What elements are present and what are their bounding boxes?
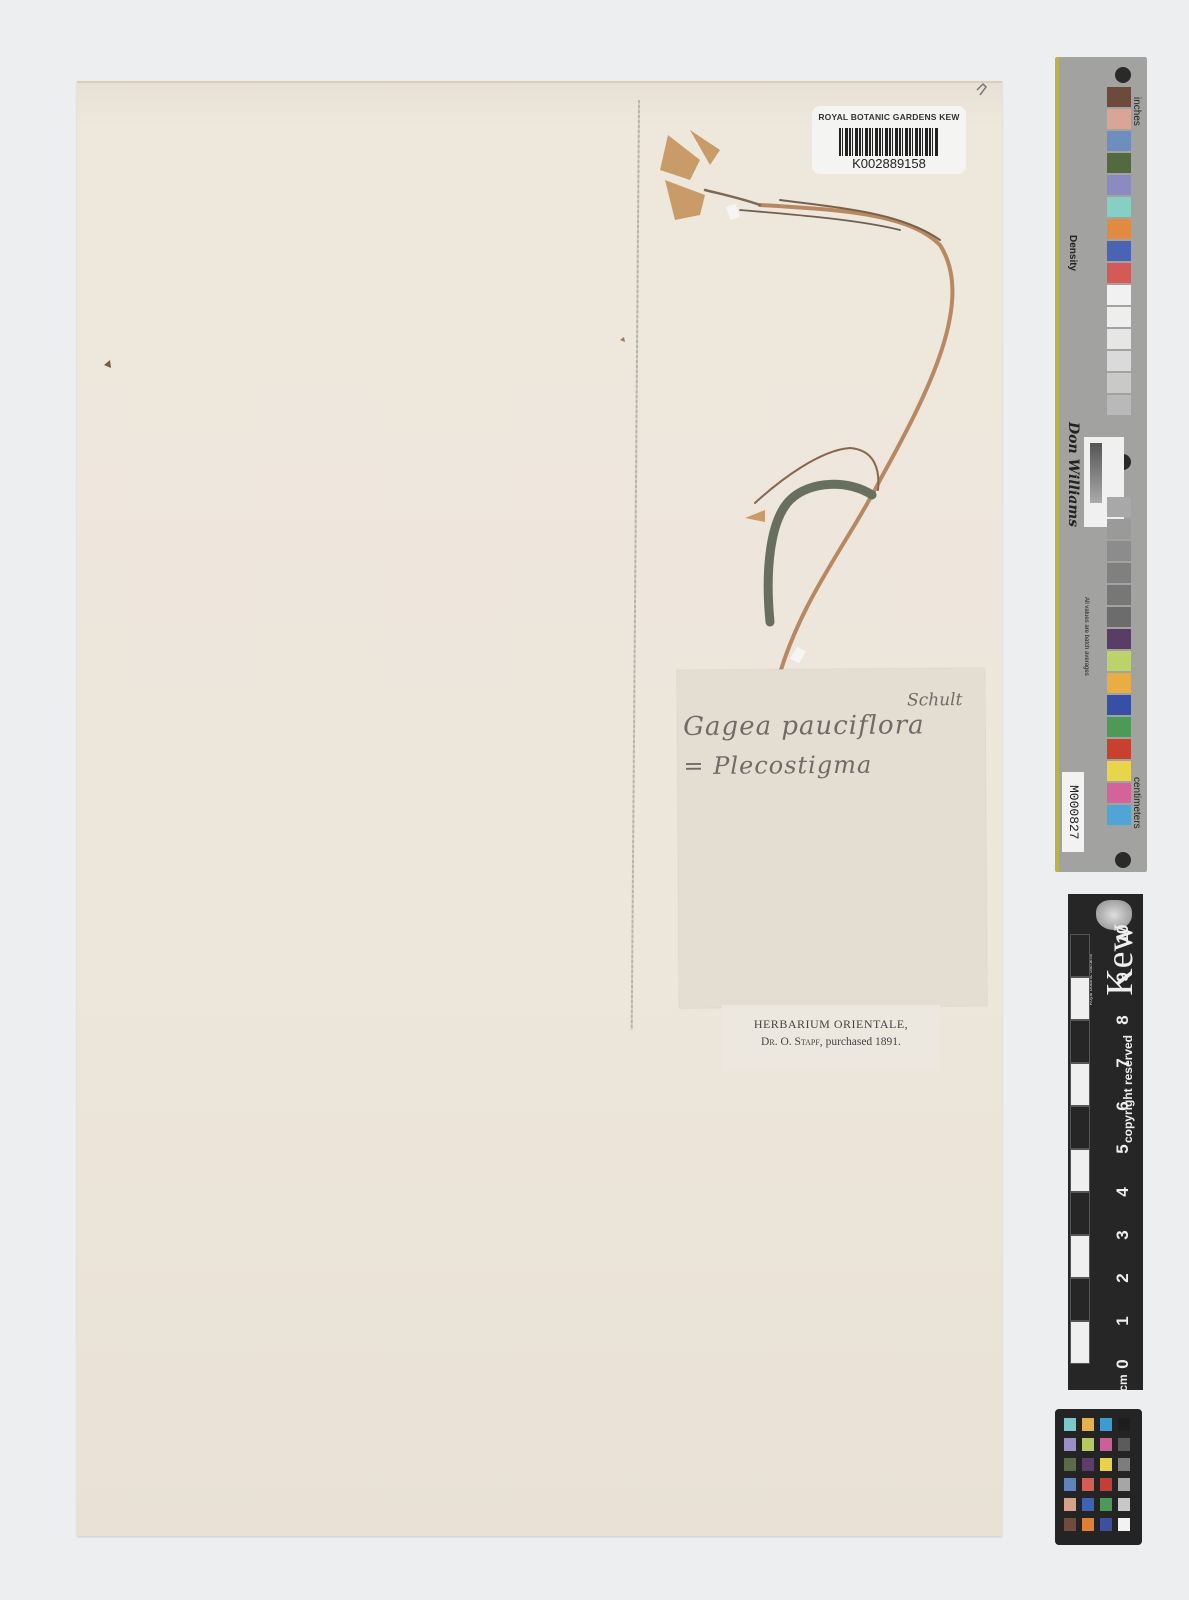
color-bar-id: M000827 [1062, 772, 1084, 852]
color-chip [1100, 1498, 1112, 1511]
barcode-label: ROYAL BOTANIC GARDENS KEW K002889158 [812, 106, 966, 174]
color-chip [1082, 1458, 1094, 1471]
color-swatch [1107, 497, 1131, 517]
color-swatch [1107, 607, 1131, 627]
color-swatch [1107, 175, 1131, 195]
color-chip [1118, 1498, 1130, 1511]
color-chip [1100, 1438, 1112, 1451]
scale-segment [1070, 1278, 1090, 1321]
scale-segment [1070, 1106, 1090, 1149]
color-chip [1118, 1458, 1130, 1471]
color-chip [1100, 1478, 1112, 1491]
color-swatch [1107, 585, 1131, 605]
density-label: Density [1067, 235, 1078, 271]
hole-icon [1115, 852, 1131, 868]
color-swatch [1107, 563, 1131, 583]
color-chip [1118, 1438, 1130, 1451]
color-swatch [1107, 241, 1131, 261]
color-swatch [1107, 805, 1131, 825]
color-swatch [1107, 307, 1131, 327]
color-chip [1064, 1478, 1076, 1491]
color-swatch [1107, 673, 1131, 693]
scale-segment [1070, 1020, 1090, 1063]
hole-icon [1115, 67, 1131, 83]
scale-segment [1070, 1063, 1090, 1106]
color-checker-card [1055, 1409, 1142, 1545]
color-chip [1118, 1478, 1130, 1491]
color-swatch [1107, 395, 1131, 415]
color-chip [1082, 1418, 1094, 1431]
color-chip [1064, 1498, 1076, 1511]
color-swatch [1107, 717, 1131, 737]
scale-segment [1070, 1321, 1090, 1364]
color-chip [1064, 1518, 1076, 1531]
cm-digit: 2 [1113, 1263, 1133, 1293]
scale-segment [1070, 1149, 1090, 1192]
centimeters-label: centimeters [1131, 777, 1142, 829]
institution-name: ROYAL BOTANIC GARDENS KEW [812, 112, 966, 122]
color-swatch [1107, 541, 1131, 561]
cm-digit: 4 [1113, 1177, 1133, 1207]
color-swatch [1107, 329, 1131, 349]
color-swatch [1107, 695, 1131, 715]
color-chip [1082, 1438, 1094, 1451]
scale-segment [1070, 977, 1090, 1020]
determination-label: Schult Gagea pauciflora = Plecostigma [677, 668, 987, 1008]
color-chip [1100, 1458, 1112, 1471]
color-swatch [1107, 739, 1131, 759]
cm-digit: 8 [1113, 1005, 1133, 1035]
color-swatch [1107, 87, 1131, 107]
color-swatch [1107, 285, 1131, 305]
cm-digit: 3 [1113, 1220, 1133, 1250]
synonym-handwriting: = Plecostigma [683, 751, 872, 780]
cm-digit: 9 [1113, 962, 1133, 992]
color-swatch [1107, 263, 1131, 283]
color-chip [1100, 1418, 1112, 1431]
color-swatch [1107, 219, 1131, 239]
color-swatch [1107, 519, 1131, 539]
color-swatch [1107, 783, 1131, 803]
herbarium-title: HERBARIUM ORIENTALE, [722, 1017, 940, 1032]
color-swatch [1107, 153, 1131, 173]
color-swatch [1107, 197, 1131, 217]
inches-label: inches [1131, 97, 1142, 126]
color-swatch [1107, 131, 1131, 151]
color-chip [1082, 1478, 1094, 1491]
herbarium-provenance: Dr. O. Stapf, purchased 1891. [722, 1036, 940, 1048]
cm-unit: cm [1116, 1368, 1130, 1398]
color-swatch [1107, 109, 1131, 129]
brand-signature: Don Williams [1065, 422, 1081, 527]
scale-segment [1070, 1235, 1090, 1278]
color-swatch [1107, 351, 1131, 371]
color-chip [1118, 1518, 1130, 1531]
scale-segment [1070, 1192, 1090, 1235]
color-chip [1100, 1518, 1112, 1531]
color-chip [1064, 1418, 1076, 1431]
color-swatch [1107, 373, 1131, 393]
scale-segment [1070, 934, 1090, 977]
barcode-number: K002889158 [812, 156, 966, 171]
herbarium-label: HERBARIUM ORIENTALE, Dr. O. Stapf, purch… [722, 1005, 940, 1071]
taxon-name-handwriting: Gagea pauciflora [683, 710, 925, 742]
collector-name: Dr. O. Stapf, [761, 1036, 823, 1048]
color-chip [1082, 1498, 1094, 1511]
color-swatch [1107, 651, 1131, 671]
cm-digit: 10 [1113, 919, 1133, 949]
batch-note: All values are batch averages [1083, 597, 1089, 676]
color-chip [1064, 1458, 1076, 1471]
color-swatch [1107, 629, 1131, 649]
color-chip [1064, 1438, 1076, 1451]
copyright-notice: copyright reserved [1121, 1035, 1135, 1143]
color-chip [1118, 1418, 1130, 1431]
color-chip [1082, 1518, 1094, 1531]
purchase-note: purchased 1891. [826, 1036, 901, 1048]
color-calibration-bar: inches centimeters Density Don Williams … [1055, 57, 1147, 872]
author-handwriting: Schult [907, 690, 962, 710]
cm-digit: 1 [1113, 1306, 1133, 1336]
barcode-bars [839, 128, 939, 156]
color-swatch [1107, 761, 1131, 781]
